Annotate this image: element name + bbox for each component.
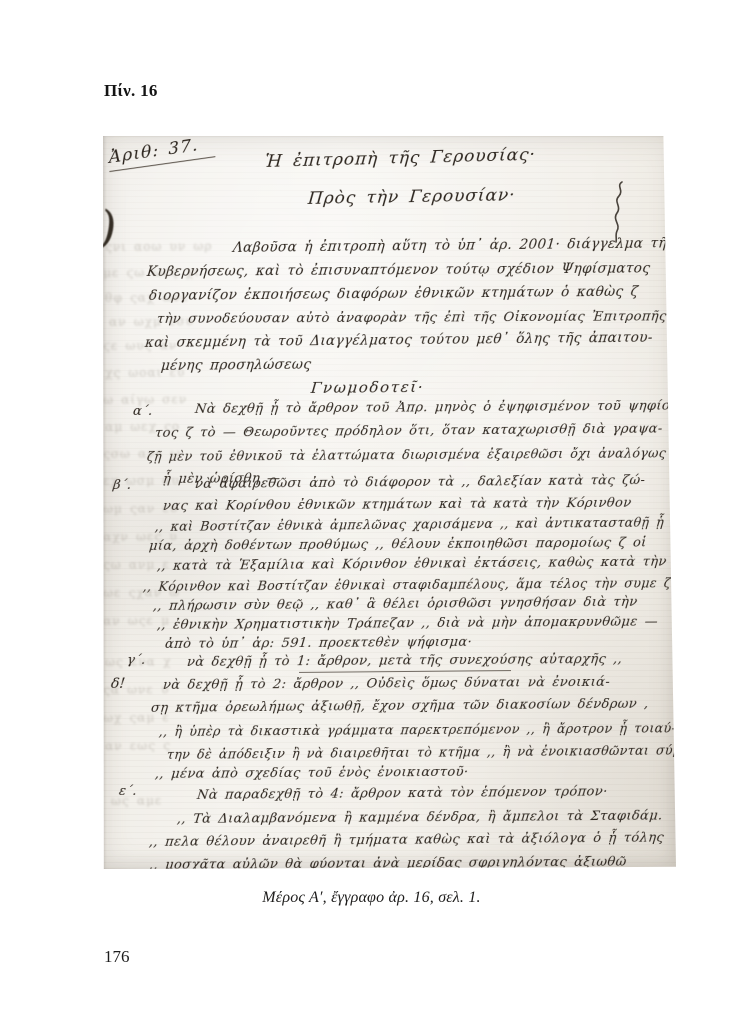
bleedthrough-mark: ςα ωνε υ [102, 682, 170, 697]
bleedthrough-mark: αν ωχμ εσυ [108, 314, 195, 329]
bleedthrough-mark: χς ωοαι ευ [104, 365, 186, 380]
bleedthrough-mark: ωμ ςαν ευ [102, 501, 179, 516]
manuscript-text-line: ,, μένα ἀπὸ σχεδίας τοῦ ἑνὸς ἐνοικιαστοῦ… [154, 765, 469, 782]
bleedthrough-mark: θφ ςαχ ωνε [104, 290, 190, 305]
ink-flourish-icon [608, 180, 630, 244]
manuscript-text-line: νὰ δεχθῇ ᾗ τὸ 1: ἄρθρον, μετὰ τῆς συνεχο… [186, 652, 623, 670]
manuscript-text-line: ,, μοσχᾶτα αὐλῶν θὰ φύονται ἀνὰ μερίδας … [148, 855, 627, 873]
bleedthrough-mark: αχν ωες υ [102, 529, 179, 544]
bleedthrough-mark: ςσω ανε ω [102, 446, 182, 461]
plate-label: Πίν. 16 [104, 81, 158, 101]
bleedthrough-mark: εχ ωσμ αυ [102, 473, 181, 488]
bleedthrough-mark: ω αίγω σεν [102, 392, 188, 407]
manuscript-text-line: τὴν συνοδεύουσαν αὐτὸ ἀναφορὰν τῆς ἐπὶ τ… [156, 309, 667, 327]
bleedthrough-mark: ωχ ςαμ ε [102, 710, 171, 725]
manuscript-text-line: ἀπὸ τὸ ὑπ᾽ ἀρ: 591. προεκτεθὲν ψήφισμα· [164, 635, 473, 652]
bleedthrough-mark: ϛε ωυς αν [102, 338, 178, 353]
bleedthrough-mark: ςνι αοω υν ωρ [104, 239, 213, 254]
bleedthrough-mark: ωε ςχαν ω [102, 585, 181, 600]
manuscript-scan: Ἀριθ: 37.Ἡ ἐπιτροπὴ τῆς Γερουσίας·Πρὸς τ… [103, 136, 676, 869]
bleedthrough-mark: αν ωςε μ [102, 613, 171, 628]
manuscript-title-line: Πρὸς τὴν Γερουσίαν· [307, 185, 516, 209]
bleedthrough-mark: αμ ωεχ ςο [104, 419, 181, 434]
section-heading-line: Γνωμοδοτεῖ· [310, 378, 425, 397]
bleedthrough-mark: με ϛω ωες χι [102, 265, 201, 280]
book-page: Πίν. 16 Ἀριθ: 37.Ἡ ἐπιτροπὴ τῆς Γερουσία… [0, 0, 743, 1027]
manuscript-text-line: νὰ δεχθῇ ᾗ τὸ 2: ἄρθρον ,, Οὐδεὶς ὅμως δ… [162, 675, 611, 693]
bleedthrough-mark: ςω ανμ ε [102, 557, 171, 572]
bleedthrough-mark: ως αμε [110, 794, 163, 808]
bleedthrough-mark: αν εως ς [104, 738, 172, 753]
figure-caption: Μέρος Α′, ἔγγραφο ἀρ. 16, σελ. 1. [0, 889, 743, 907]
bleedthrough-mark: ως ενα χ [104, 654, 172, 669]
page-number: 176 [104, 947, 130, 967]
